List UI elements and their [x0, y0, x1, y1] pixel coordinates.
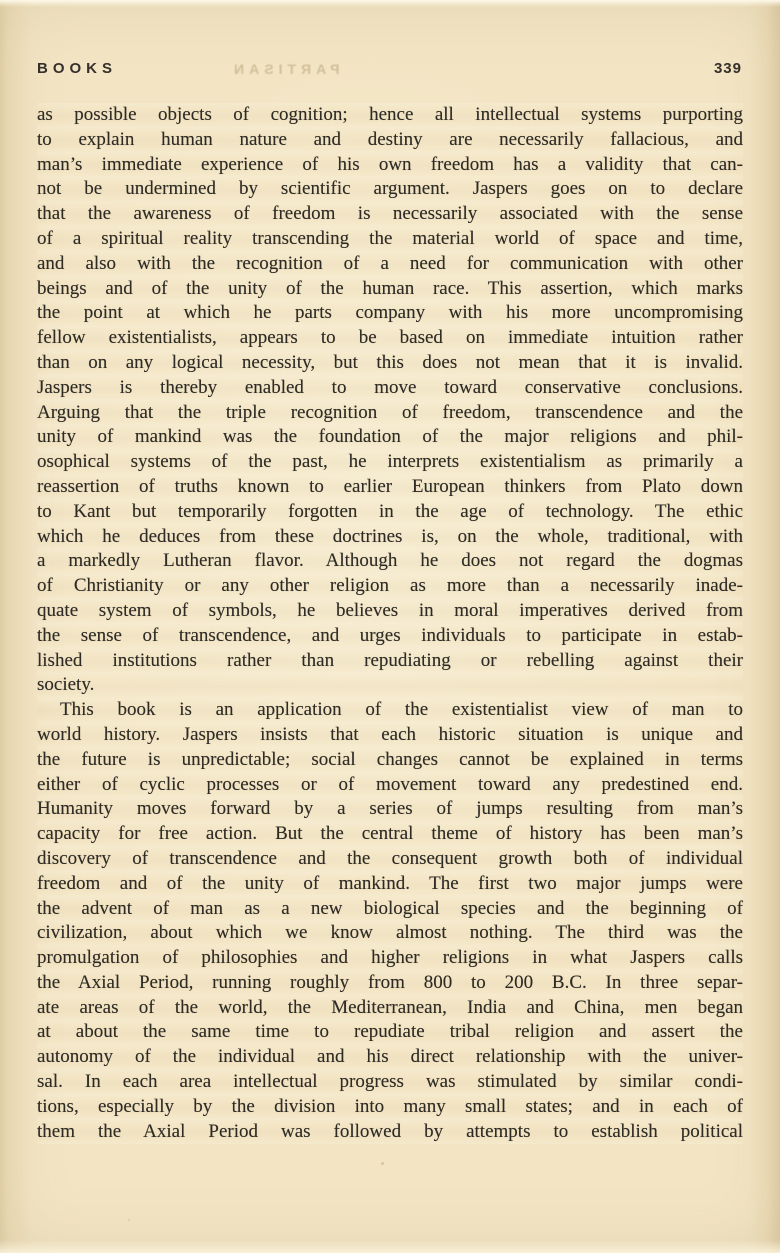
- text-line: autonomy of the individual and his direc…: [37, 1045, 743, 1070]
- text-line: Humanity moves forward by a series of ju…: [37, 797, 743, 822]
- text-line: man’s immediate experience of his own fr…: [37, 153, 743, 178]
- text-line: the point at which he parts company with…: [37, 301, 743, 326]
- bleedthrough-text: PARTISAN: [229, 61, 340, 77]
- text-line: to Kant but temporarily forgotten in the…: [37, 500, 743, 525]
- text-line: the sense of transcendence, and urges in…: [37, 624, 743, 649]
- text-line: at about the same time to repudiate trib…: [37, 1020, 743, 1045]
- text-line: tions, especially by the division into m…: [37, 1095, 743, 1120]
- text-line: and also with the recognition of a need …: [37, 252, 743, 277]
- text-line: the Axial Period, running roughly from 8…: [37, 971, 743, 996]
- text-line: that the awareness of freedom is necessa…: [37, 202, 743, 227]
- text-line: Arguing that the triple recognition of f…: [37, 401, 743, 426]
- text-line: discovery of transcendence and the conse…: [37, 847, 743, 872]
- text-line: freedom and of the unity of mankind. The…: [37, 872, 743, 897]
- text-line: world history. Jaspers insists that each…: [37, 723, 743, 748]
- text-line: the future is unpredictable; social chan…: [37, 748, 743, 773]
- text-line: as possible objects of cognition; hence …: [37, 103, 743, 128]
- page-header: BOOKS PARTISAN 339: [37, 60, 742, 80]
- text-line: of Christianity or any other religion as…: [37, 574, 743, 599]
- page-number: 339: [714, 60, 742, 77]
- text-line: them the Axial Period was followed by at…: [37, 1120, 743, 1145]
- section-label: BOOKS: [37, 60, 117, 77]
- text-line: civilization, about which we know almost…: [37, 921, 743, 946]
- text-line: not be undermined by scientific argument…: [37, 177, 743, 202]
- text-line: of a spiritual reality transcending the …: [37, 227, 743, 252]
- page-body: as possible objects of cognition; hence …: [37, 103, 743, 1144]
- paragraph: as possible objects of cognition; hence …: [37, 103, 743, 698]
- text-line: sal. In each area intellectual progress …: [37, 1070, 743, 1095]
- scan-speck: [128, 1219, 130, 1221]
- text-line: than on any logical necessity, but this …: [37, 351, 743, 376]
- text-line: the advent of man as a new biological sp…: [37, 897, 743, 922]
- text-line: reassertion of truths known to earlier E…: [37, 475, 743, 500]
- text-line: promulgation of philosophies and higher …: [37, 946, 743, 971]
- text-line: This book is an application of the exist…: [37, 698, 743, 723]
- text-line: quate system of symbols, he believes in …: [37, 599, 743, 624]
- scan-speck: [381, 1162, 384, 1165]
- text-line: a markedly Lutheran flavor. Although he …: [37, 549, 743, 574]
- text-line: Jaspers is thereby enabled to move towar…: [37, 376, 743, 401]
- scanned-book-page: BOOKS PARTISAN 339 as possible objects o…: [0, 0, 780, 1253]
- text-line: beings and of the unity of the human rac…: [37, 277, 743, 302]
- text-line: osophical systems of the past, he interp…: [37, 450, 743, 475]
- text-line: which he deduces from these doctrines is…: [37, 525, 743, 550]
- text-line: lished institutions rather than repudiat…: [37, 649, 743, 674]
- text-line: society.: [37, 673, 743, 698]
- text-line: either of cyclic processes or of movemen…: [37, 773, 743, 798]
- text-line: to explain human nature and destiny are …: [37, 128, 743, 153]
- text-line: unity of mankind was the foundation of t…: [37, 425, 743, 450]
- text-line: capacity for free action. But the centra…: [37, 822, 743, 847]
- text-line: ate areas of the world, the Mediterranea…: [37, 996, 743, 1021]
- text-line: fellow existentialists, appears to be ba…: [37, 326, 743, 351]
- paragraph: This book is an application of the exist…: [37, 698, 743, 1144]
